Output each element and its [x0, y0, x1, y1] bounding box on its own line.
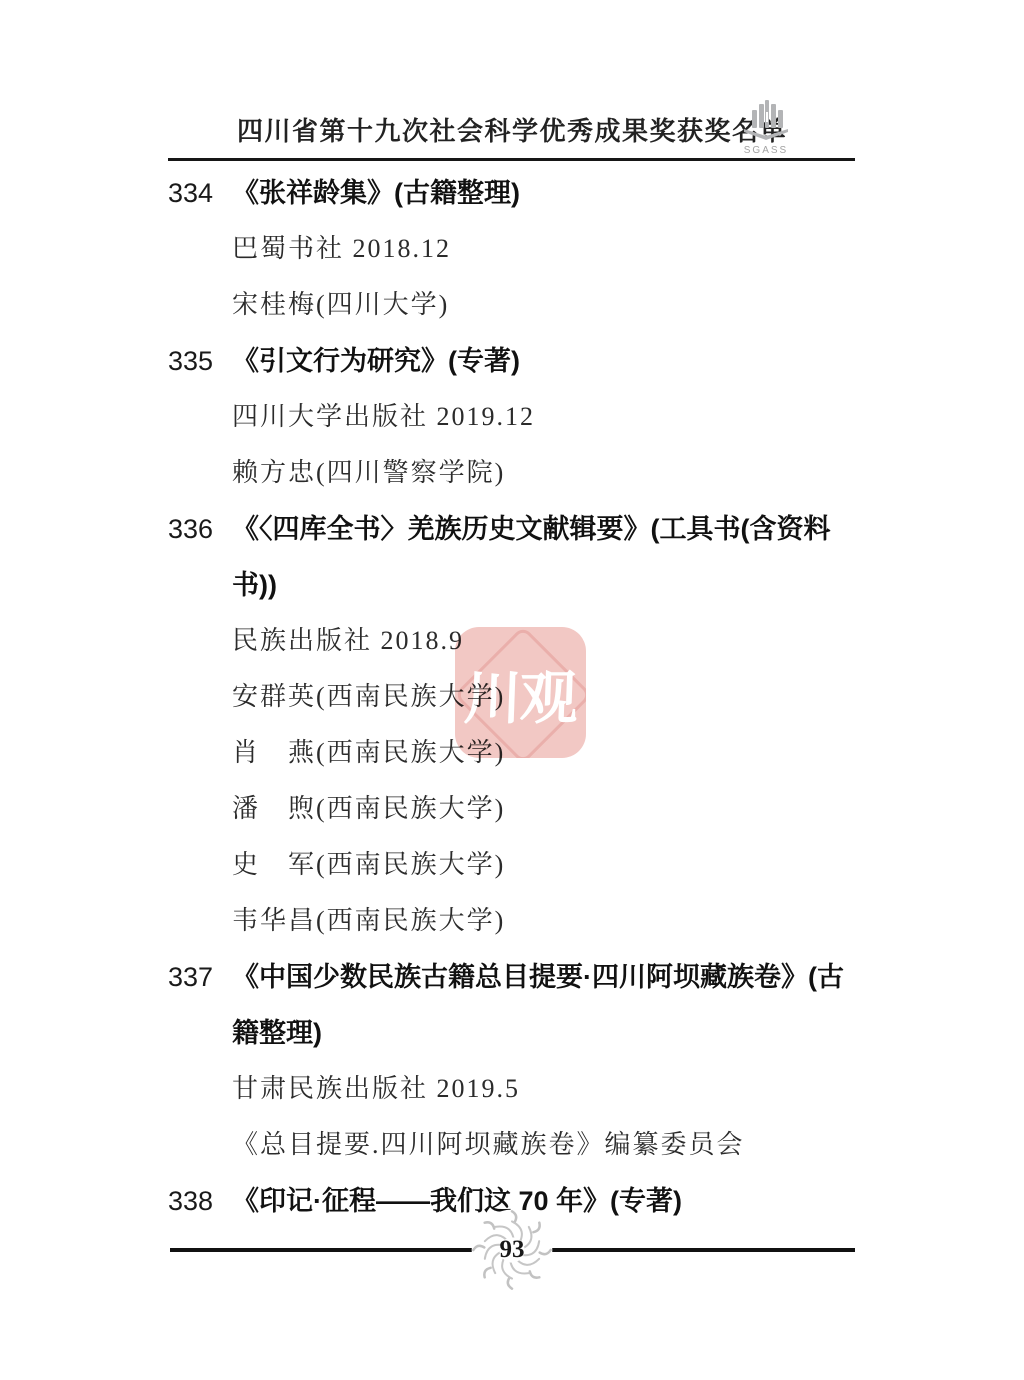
page-number: 93: [470, 1208, 554, 1292]
entry-number: 334: [168, 165, 232, 221]
document-page: 四川省第十九次社会科学优秀成果奖获奖名单 SGASS 334《张祥龄集》(古籍整…: [0, 0, 1024, 1380]
entry-detail-line: 甘肃民族出版社 2019.5: [232, 1061, 858, 1117]
entry-detail-line: 韦华昌(西南民族大学): [232, 893, 858, 949]
sgass-logo-label: SGASS: [736, 145, 796, 156]
entry-title-row: 335《引文行为研究》(专著): [168, 333, 858, 389]
entry-detail-line: 宋桂梅(四川大学): [232, 277, 858, 333]
entry-number: 336: [168, 501, 232, 557]
award-entry: 335《引文行为研究》(专著)四川大学出版社 2019.12赖方忠(四川警察学院…: [168, 333, 858, 501]
entry-number: 338: [168, 1173, 232, 1229]
sgass-logo: SGASS: [736, 98, 796, 160]
entry-detail-line: 史 军(西南民族大学): [232, 837, 858, 893]
entry-title: 《〈四库全书〉羌族历史文献辑要》(工具书(含资料书)): [232, 501, 858, 613]
entry-number: 335: [168, 333, 232, 389]
award-entry: 337《中国少数民族古籍总目提要·四川阿坝藏族卷》(古籍整理)甘肃民族出版社 2…: [168, 949, 858, 1173]
entry-detail-line: 潘 煦(西南民族大学): [232, 781, 858, 837]
entry-detail-line: 巴蜀书社 2018.12: [232, 221, 858, 277]
entry-number: 337: [168, 949, 232, 1005]
entry-title-row: 337《中国少数民族古籍总目提要·四川阿坝藏族卷》(古籍整理): [168, 949, 858, 1061]
entry-detail-line: 四川大学出版社 2019.12: [232, 389, 858, 445]
entry-detail-line: 《总目提要.四川阿坝藏族卷》编纂委员会: [232, 1117, 858, 1173]
watermark-text: 川观: [463, 651, 578, 735]
entry-title: 《引文行为研究》(专著): [232, 333, 858, 389]
chuanguan-watermark: 川观: [455, 627, 586, 758]
entry-title: 《张祥龄集》(古籍整理): [232, 165, 858, 221]
sgass-building-icon: [740, 98, 792, 144]
page-title: 四川省第十九次社会科学优秀成果奖获奖名单: [237, 111, 787, 148]
header-divider: [168, 158, 855, 161]
entry-detail-line: 赖方忠(四川警察学院): [232, 445, 858, 501]
award-entry: 334《张祥龄集》(古籍整理)巴蜀书社 2018.12宋桂梅(四川大学): [168, 165, 858, 333]
entry-title-row: 336《〈四库全书〉羌族历史文献辑要》(工具书(含资料书)): [168, 501, 858, 613]
entry-title: 《中国少数民族古籍总目提要·四川阿坝藏族卷》(古籍整理): [232, 949, 858, 1061]
entry-title-row: 334《张祥龄集》(古籍整理): [168, 165, 858, 221]
sunbird-emblem: 93: [470, 1208, 554, 1292]
